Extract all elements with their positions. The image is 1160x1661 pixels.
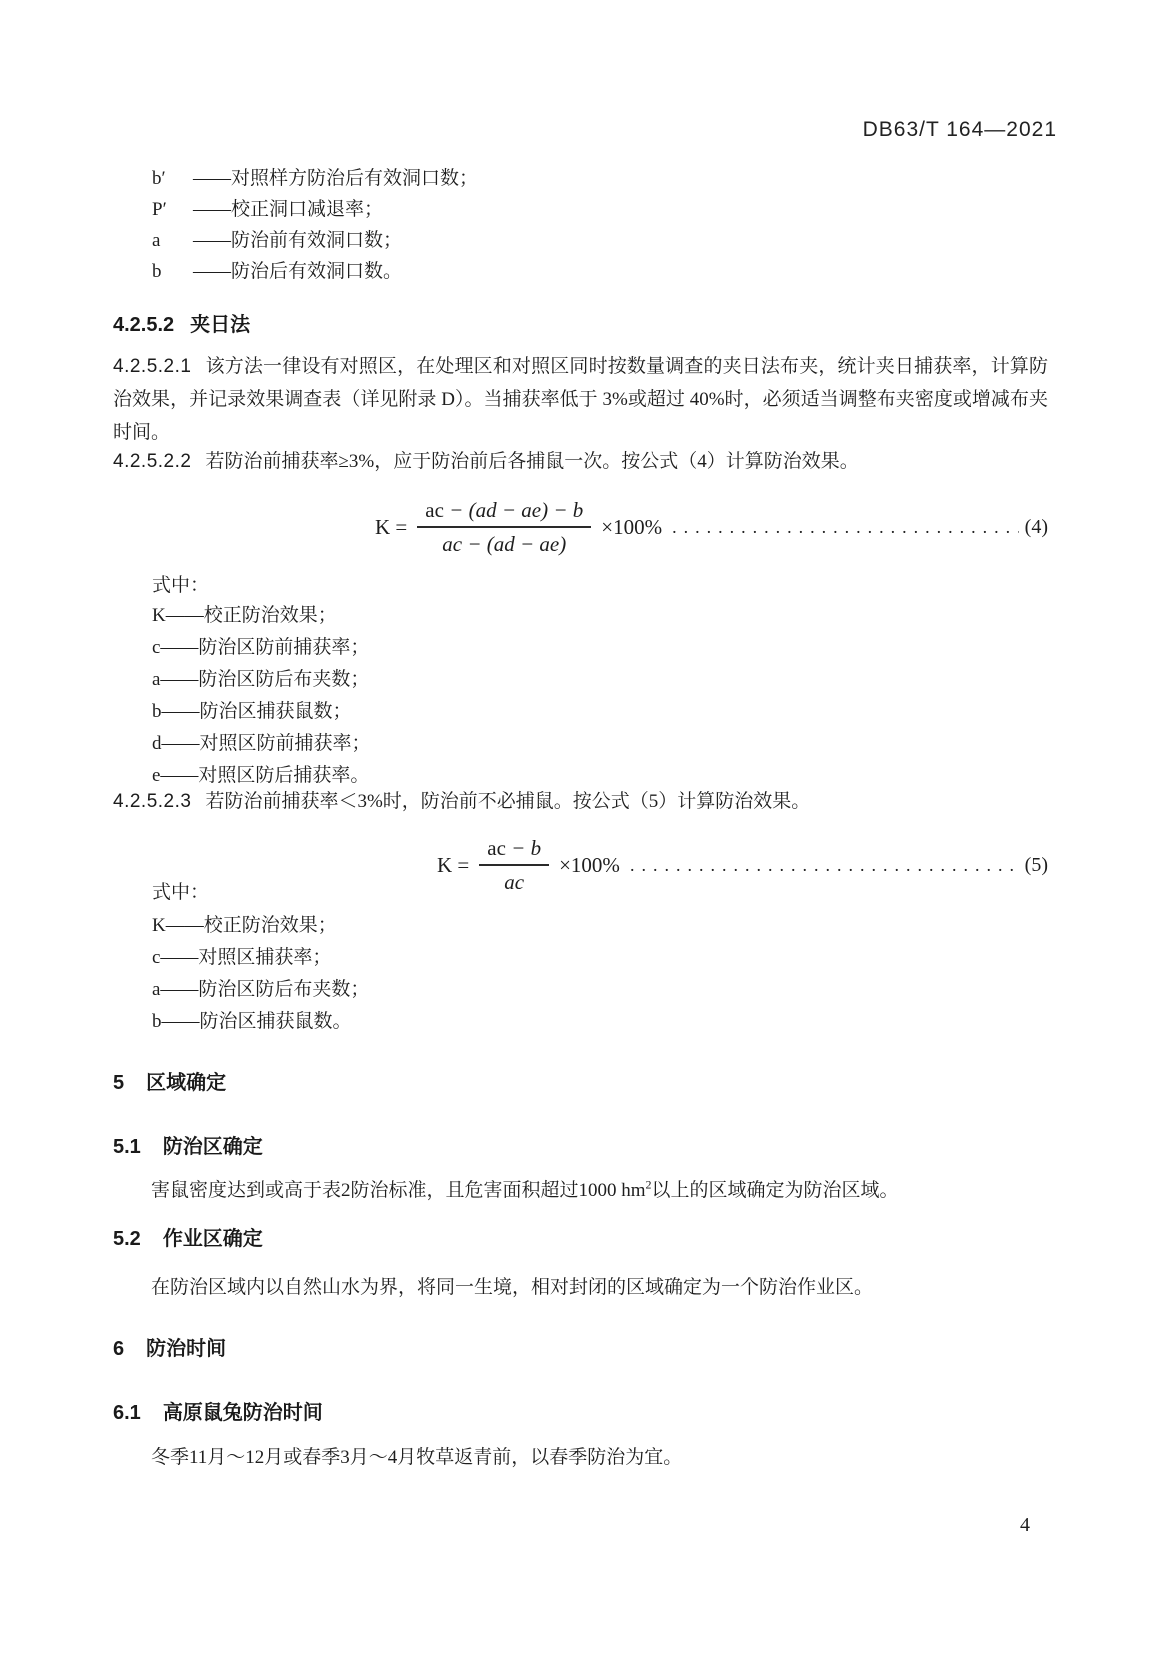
definition-row: d——对照区防前捕获率； <box>152 728 371 760</box>
definition-text: ——对照样方防治后有效洞口数； <box>193 168 478 189</box>
doc-number: DB63/T 164—2021 <box>863 118 1057 142</box>
document-page: DB63/T 164—2021 b′——对照样方防治后有效洞口数； P′——校正… <box>0 0 1160 1661</box>
clause-number: 4.2.5.2.2 <box>113 451 191 472</box>
formula-4-definition-list: K——校正防治效果； c——防治区防前捕获率； a——防治区防后布夹数； b——… <box>152 600 371 792</box>
definition-symbol: a <box>152 225 193 256</box>
section-heading-5-2: 5.2作业区确定 <box>113 1222 263 1251</box>
section-heading-6: 6防治时间 <box>113 1332 226 1361</box>
clause-heading-4-2-5-2: 4.2.5.2夹日法 <box>113 308 250 337</box>
definition-symbol: P′ <box>152 194 193 225</box>
paragraph-text: 以上的区域确定为防治区域。 <box>652 1180 899 1201</box>
section-number: 6.1 <box>113 1402 141 1424</box>
definition-text: ——防治前有效洞口数； <box>193 230 402 251</box>
formula-label: (4) <box>1025 516 1048 539</box>
definition-row: b——防治后有效洞口数。 <box>152 256 478 287</box>
definition-row: P′——校正洞口减退率； <box>152 194 478 225</box>
definition-row: K——校正防治效果； <box>152 910 369 942</box>
section-heading-5-1: 5.1防治区确定 <box>113 1130 263 1159</box>
section-number: 6 <box>113 1338 124 1360</box>
paragraph-text: 若防治前捕获率＜3%时，防治前不必捕鼠。按公式（5）计算防治效果。 <box>205 791 810 812</box>
dots-leader: ........................................… <box>630 855 1019 876</box>
definition-row: a——防治区防后布夹数； <box>152 974 369 1006</box>
section-number: 5 <box>113 1072 124 1094</box>
definition-row: b——防治区捕获鼠数； <box>152 696 371 728</box>
paragraph-5-2: 在防治区域内以自然山水为界，将同一生境，相对封闭的区域确定为一个防治作业区。 <box>113 1271 1048 1304</box>
section-title: 防治时间 <box>146 1338 226 1360</box>
paragraph-text: 害鼠密度达到或高于表2防治标准，且危害面积超过1000 hm <box>151 1180 646 1201</box>
fraction-numerator: ac − b <box>479 835 549 866</box>
formula-4: K = ac − (ad − ae) − b ac − (ad − ae) ×1… <box>113 488 1048 566</box>
formula-multiplier: ×100% <box>601 515 662 540</box>
formula-lhs: K = <box>375 515 407 540</box>
clause-number: 4.2.5.2 <box>113 314 174 336</box>
formula-multiplier: ×100% <box>559 853 620 878</box>
definition-symbol: b′ <box>152 163 193 194</box>
where-label: 式中： <box>152 570 209 597</box>
fraction: ac − (ad − ae) − b ac − (ad − ae) <box>417 497 591 558</box>
section-title: 防治区确定 <box>163 1136 263 1158</box>
section-number: 5.1 <box>113 1136 141 1158</box>
paragraph-4-2-5-2-2: 4.2.5.2.2若防治前捕获率≥3%，应于防治前后各捕鼠一次。按公式（4）计算… <box>113 445 1048 478</box>
definition-row: a——防治区防后布夹数； <box>152 664 371 696</box>
paragraph-4-2-5-2-3: 4.2.5.2.3若防治前捕获率＜3%时，防治前不必捕鼠。按公式（5）计算防治效… <box>113 785 1048 818</box>
section-heading-5: 5区域确定 <box>113 1066 226 1095</box>
paragraph-6-1: 冬季11月～12月或春季3月～4月牧草返青前，以春季防治为宜。 <box>113 1441 1048 1474</box>
top-definition-list: b′——对照样方防治后有效洞口数； P′——校正洞口减退率； a——防治前有效洞… <box>152 163 478 287</box>
definition-row: c——对照区捕获率； <box>152 942 369 974</box>
fraction-denominator: ac − (ad − ae) <box>434 528 574 557</box>
definition-row: K——校正防治效果； <box>152 600 371 632</box>
definition-text: ——校正洞口减退率； <box>193 199 383 220</box>
definition-row: a——防治前有效洞口数； <box>152 225 478 256</box>
section-heading-6-1: 6.1高原鼠兔防治时间 <box>113 1396 323 1425</box>
paragraph-text: 该方法一律设有对照区，在处理区和对照区同时按数量调查的夹日法布夹，统计夹日捕获率… <box>113 356 1048 443</box>
where-label: 式中： <box>152 877 209 904</box>
paragraph-4-2-5-2-1: 4.2.5.2.1该方法一律设有对照区，在处理区和对照区同时按数量调查的夹日法布… <box>113 350 1048 449</box>
definition-row: b——防治区捕获鼠数。 <box>152 1006 369 1038</box>
formula-5-definition-list: K——校正防治效果； c——对照区捕获率； a——防治区防后布夹数； b——防治… <box>152 910 369 1038</box>
clause-title: 夹日法 <box>190 314 250 336</box>
definition-symbol: b <box>152 256 193 287</box>
page-number: 4 <box>1020 1514 1030 1537</box>
section-title: 高原鼠兔防治时间 <box>163 1402 323 1424</box>
section-number: 5.2 <box>113 1228 141 1250</box>
formula-label: (5) <box>1025 854 1048 877</box>
dots-leader: ........................................… <box>672 517 1019 538</box>
section-title: 作业区确定 <box>163 1228 263 1250</box>
fraction: ac − b ac <box>479 835 549 896</box>
fraction-denominator: ac <box>496 866 532 895</box>
section-title: 区域确定 <box>146 1072 226 1094</box>
clause-number: 4.2.5.2.3 <box>113 791 191 812</box>
definition-row: c——防治区防前捕获率； <box>152 632 371 664</box>
clause-number: 4.2.5.2.1 <box>113 356 191 377</box>
paragraph-5-1: 害鼠密度达到或高于表2防治标准，且危害面积超过1000 hm2以上的区域确定为防… <box>113 1174 1048 1207</box>
definition-row: b′——对照样方防治后有效洞口数； <box>152 163 478 194</box>
paragraph-text: 若防治前捕获率≥3%，应于防治前后各捕鼠一次。按公式（4）计算防治效果。 <box>205 451 858 472</box>
formula-lhs: K = <box>437 853 469 878</box>
fraction-numerator: ac − (ad − ae) − b <box>417 497 591 528</box>
definition-text: ——防治后有效洞口数。 <box>193 261 402 282</box>
formula-5: K = ac − b ac ×100% ....................… <box>113 826 1048 904</box>
